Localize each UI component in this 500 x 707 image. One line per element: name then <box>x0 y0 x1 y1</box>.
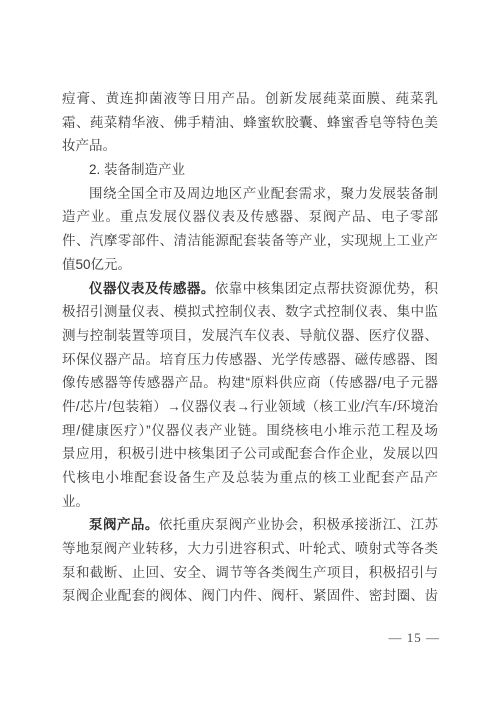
text-line: 妆产品。 <box>62 134 438 158</box>
text-line: 件、汽摩零部件、清洁能源配套装备等产业，实现规上工业产 <box>62 229 438 253</box>
text-line: 霜、莼菜精华液、佛手精油、蜂蜜软胶囊、蜂蜜香皂等特色美 <box>62 111 438 135</box>
text-line: 造产业。重点发展仪器仪表及传感器、泵阀产品、电子零部 <box>62 205 438 229</box>
bold-run: 仪器仪表及传感器。 <box>89 281 215 296</box>
text-block: 痘膏、黄连抑菌液等日用产品。创新发展莼菜面膜、莼菜乳霜、莼菜精华液、佛手精油、蜂… <box>62 87 438 608</box>
text-line: 业。 <box>62 490 438 514</box>
text-line: 泵和截断、止回、安全、调节等各类阀生产项目，积极招引与 <box>62 561 438 585</box>
text-line: 等地泵阀产业转移，大力引进容积式、叶轮式、喷射式等各类 <box>62 537 438 561</box>
text-line: 像传感器等传感器产品。构建“原料供应商（传感器/电子元器 <box>62 371 438 395</box>
page-number: — 15 — <box>389 630 441 646</box>
text-line: 泵阀企业配套的阀体、阀门内件、阀杆、紧固件、密封圈、齿 <box>62 584 438 608</box>
text-line: 理/健康医疗）”仪器仪表产业链。围绕核电小堆示范工程及场 <box>62 419 438 443</box>
text-line: 痘膏、黄连抑菌液等日用产品。创新发展莼菜面膜、莼菜乳 <box>62 87 438 111</box>
text-line: 环保仪器产品。培育压力传感器、光学传感器、磁传感器、图 <box>62 348 438 372</box>
bold-run: 泵阀产品。 <box>89 517 159 532</box>
text-line: 2. 装备制造产业 <box>62 158 438 182</box>
text-line: 泵阀产品。依托重庆泵阀产业协会，积极承接浙江、江苏 <box>62 513 438 537</box>
text-line: 仪器仪表及传感器。依靠中核集团定点帮扶资源优势，积 <box>62 277 438 301</box>
text-line: 测与控制装置等项目，发展汽车仪表、导航仪器、医疗仪器、 <box>62 324 438 348</box>
document-page: 痘膏、黄连抑菌液等日用产品。创新发展莼菜面膜、莼菜乳霜、莼菜精华液、佛手精油、蜂… <box>0 0 500 707</box>
text-line: 围绕全国全市及周边地区产业配套需求，聚力发展装备制 <box>62 182 438 206</box>
text-line: 代核电小堆配套设备生产及总装为重点的核工业配套产品产 <box>62 466 438 490</box>
text-line: 极招引测量仪表、模拟式控制仪表、数字式控制仪表、集中监 <box>62 300 438 324</box>
text-line: 景应用，积极引进中核集团子公司或配套合作企业，发展以四 <box>62 442 438 466</box>
text-line: 件/芯片/包装箱）→仪器仪表→行业领域（核工业/汽车/环境治 <box>62 395 438 419</box>
text-line: 值50亿元。 <box>62 253 438 277</box>
